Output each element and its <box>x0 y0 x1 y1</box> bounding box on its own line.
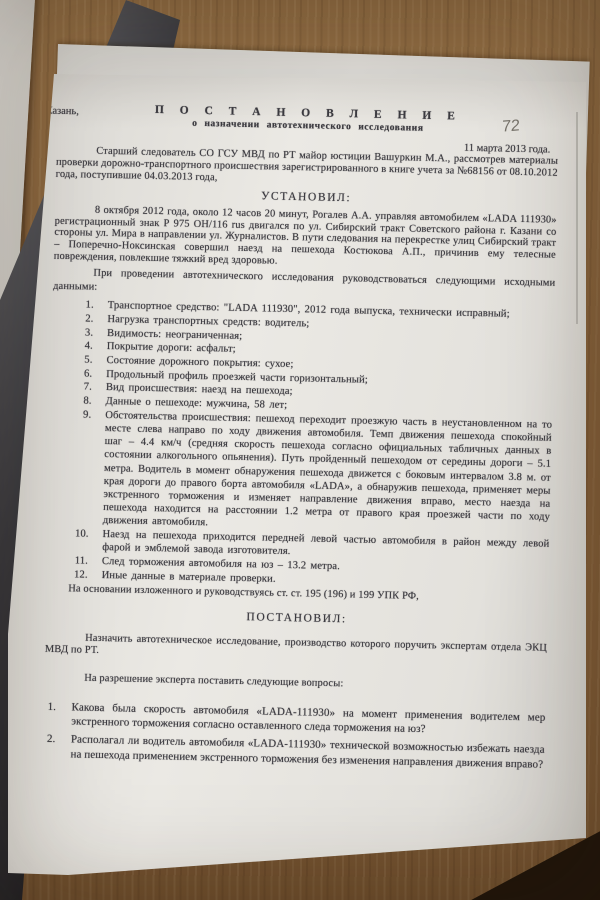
handwritten-page-number-72: 72 <box>502 117 520 136</box>
sheet-edge-crease <box>576 112 578 324</box>
expert-questions-list: Какова была скорость автомобиля «LADA-11… <box>42 699 545 772</box>
questions-intro: На разрешение эксперта поставить следующ… <box>44 672 546 695</box>
initial-data-item: Обстоятельства происшествия: пешеход пер… <box>103 409 552 538</box>
expert-question: Располагал ли водитель автомобиля «LADA-… <box>70 732 544 772</box>
date-label: 11 марта 2013 года. <box>464 143 551 156</box>
document-page: П О С Т А Н О В Л Е Н И Е о назначении а… <box>8 74 586 875</box>
initial-data-list: Транспортное средство: "LADA 111930", 20… <box>47 298 555 592</box>
resolution-paragraph: Назначить автотехническое исследование, … <box>45 632 547 668</box>
city-label: г. Казань, <box>37 105 79 117</box>
facts-paragraph: 8 октября 2012 года, около 12 часов 20 м… <box>54 203 557 273</box>
document-content: П О С Т А Н О В Л Е Н И Е о назначении а… <box>0 73 586 776</box>
resolved-heading: ПОСТАНОВИЛ: <box>46 608 548 631</box>
